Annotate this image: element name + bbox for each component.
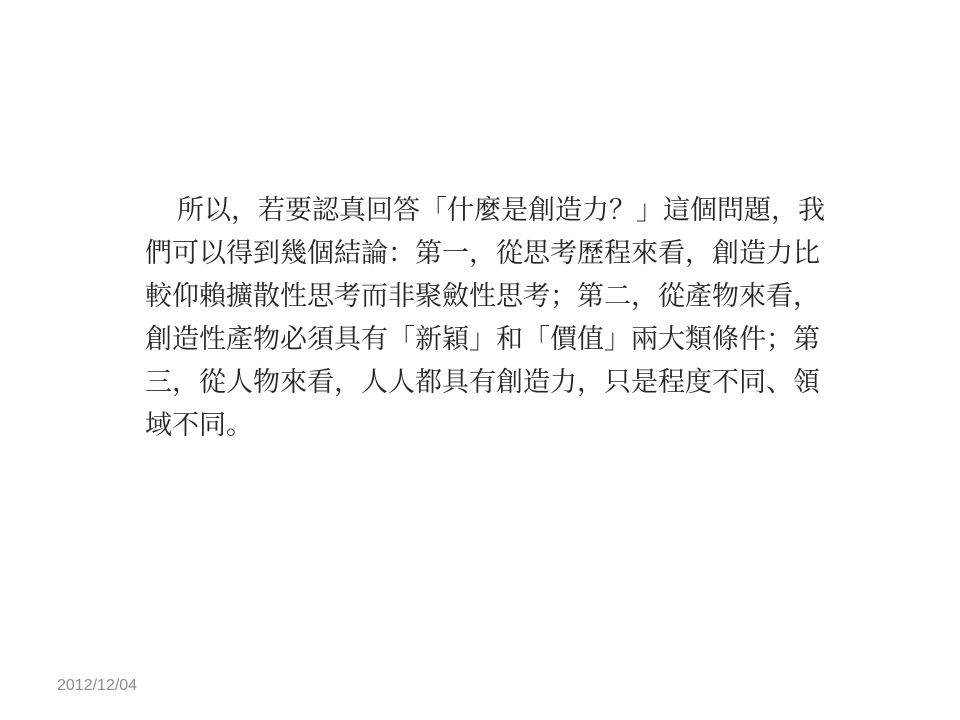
paragraph-line: 域不同。 bbox=[145, 404, 835, 447]
paragraph-line: 三，從人物來看，人人都具有創造力，只是程度不同、領 bbox=[145, 361, 835, 404]
slide-date: 2012/12/04 bbox=[57, 676, 137, 696]
body-paragraph: 所以，若要認真回答「什麼是創造力？」這個問題，我 們可以得到幾個結論：第一，從思… bbox=[145, 189, 835, 447]
paragraph-line: 所以，若要認真回答「什麼是創造力？」這個問題，我 bbox=[145, 189, 835, 232]
paragraph-line: 創造性產物必須具有「新穎」和「價值」兩大類條件；第 bbox=[145, 318, 835, 361]
paragraph-line: 較仰賴擴散性思考而非聚斂性思考；第二，從產物來看， bbox=[145, 275, 835, 318]
paragraph-line: 們可以得到幾個結論：第一，從思考歷程來看，創造力比 bbox=[145, 232, 835, 275]
slide-canvas: 所以，若要認真回答「什麼是創造力？」這個問題，我 們可以得到幾個結論：第一，從思… bbox=[0, 0, 960, 720]
